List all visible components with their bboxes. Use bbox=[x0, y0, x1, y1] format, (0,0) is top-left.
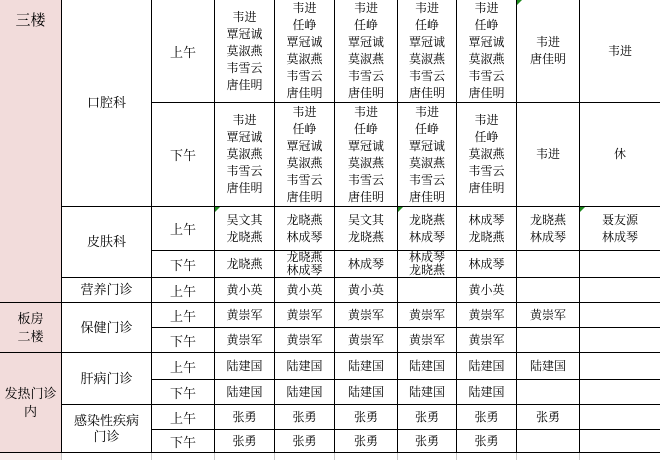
doctor-name: 聂友源 bbox=[602, 212, 638, 229]
department-label: 皮肤科 bbox=[87, 234, 126, 250]
department-cell[interactable]: 保健门诊 bbox=[62, 303, 152, 353]
schedule-cell[interactable]: 黄小英 bbox=[215, 278, 275, 303]
doctor-name: 黄崇军 bbox=[348, 332, 384, 349]
period-label: 下午 bbox=[170, 383, 196, 402]
schedule-cell[interactable]: 黄崇军 bbox=[457, 328, 517, 353]
schedule-cell[interactable]: 吴文其龙晓燕 bbox=[335, 207, 398, 251]
location-label: 内 bbox=[24, 403, 37, 421]
doctor-name: 陆建国 bbox=[468, 384, 504, 401]
period-label: 上午 bbox=[170, 219, 196, 238]
cutoff-row-cell[interactable] bbox=[0, 453, 62, 460]
doctor-name: 韦雪云 bbox=[409, 172, 445, 189]
schedule-cell[interactable]: 韦进任峥覃冠诚莫淑燕韦雪云唐佳明 bbox=[398, 0, 457, 103]
doctor-name: 韦进 bbox=[474, 112, 498, 129]
cutoff-row-cell[interactable] bbox=[517, 453, 580, 460]
schedule-cell[interactable]: 韦进覃冠诚莫淑燕韦雪云唐佳明 bbox=[215, 0, 275, 103]
doctor-name: 韦进 bbox=[354, 0, 378, 17]
doctor-name: 张勇 bbox=[474, 409, 498, 426]
schedule-cell[interactable]: 陆建国 bbox=[215, 353, 275, 380]
schedule-cell[interactable]: 陆建国 bbox=[215, 380, 275, 405]
doctor-name: 莫淑燕 bbox=[226, 146, 262, 163]
doctor-name: 林成琴 bbox=[602, 229, 638, 246]
schedule-cell[interactable]: 张勇 bbox=[215, 405, 275, 430]
schedule-cell[interactable]: 韦进覃冠诚莫淑燕韦雪云唐佳明 bbox=[215, 103, 275, 207]
schedule-cell[interactable]: 张勇 bbox=[215, 430, 275, 453]
schedule-cell[interactable]: 黄崇军 bbox=[398, 328, 457, 353]
spreadsheet-viewport: 三楼板房二楼发热门诊内口腔科皮肤科营养门诊保健门诊肝病门诊感染性疾病门诊上午韦进… bbox=[0, 0, 660, 460]
period-cell[interactable]: 上午 bbox=[152, 303, 215, 328]
department-cell[interactable]: 皮肤科 bbox=[62, 207, 152, 278]
schedule-grid: 三楼板房二楼发热门诊内口腔科皮肤科营养门诊保健门诊肝病门诊感染性疾病门诊上午韦进… bbox=[0, 0, 660, 460]
doctor-name: 唐佳明 bbox=[409, 189, 445, 206]
period-cell[interactable]: 上午 bbox=[152, 405, 215, 430]
schedule-cell[interactable]: 韦进 bbox=[517, 103, 580, 207]
schedule-cell[interactable]: 黄崇军 bbox=[275, 303, 335, 328]
doctor-name: 龙晓燕 bbox=[226, 229, 262, 246]
period-label: 下午 bbox=[170, 331, 196, 350]
schedule-cell[interactable]: 黄小英 bbox=[457, 278, 517, 303]
doctor-name: 黄小英 bbox=[226, 282, 262, 299]
doctor-name: 张勇 bbox=[536, 409, 560, 426]
doctor-name: 韦雪云 bbox=[348, 172, 384, 189]
period-label: 上午 bbox=[170, 281, 196, 300]
doctor-name: 龙晓燕 bbox=[530, 212, 566, 229]
period-cell[interactable]: 下午 bbox=[152, 103, 215, 207]
schedule-cell[interactable]: 张勇 bbox=[457, 430, 517, 453]
rest-label: 休 bbox=[614, 146, 626, 163]
cell-flag-icon bbox=[517, 0, 522, 5]
doctor-name: 张勇 bbox=[354, 433, 378, 450]
schedule-cell[interactable] bbox=[517, 380, 580, 405]
doctor-name: 张勇 bbox=[354, 409, 378, 426]
doctor-name: 林成琴 bbox=[530, 229, 566, 246]
doctor-name: 龙晓燕 bbox=[348, 229, 384, 246]
doctor-name: 黄崇军 bbox=[468, 307, 504, 324]
schedule-cell[interactable]: 黄崇军 bbox=[275, 328, 335, 353]
doctor-name: 韦雪云 bbox=[286, 172, 322, 189]
doctor-name: 林成琴 bbox=[468, 256, 504, 273]
schedule-cell[interactable]: 张勇 bbox=[275, 430, 335, 453]
doctor-name: 黄崇军 bbox=[226, 332, 262, 349]
schedule-cell[interactable]: 黄小英 bbox=[335, 278, 398, 303]
schedule-cell[interactable]: 陆建国 bbox=[457, 380, 517, 405]
cutoff-row-cell[interactable] bbox=[457, 453, 517, 460]
doctor-name: 黄崇军 bbox=[226, 307, 262, 324]
doctor-name: 吴文其 bbox=[226, 212, 262, 229]
schedule-cell[interactable]: 龙晓燕林成琴 bbox=[517, 207, 580, 251]
department-label: 感染性疾病门诊 bbox=[68, 413, 145, 445]
cutoff-row-cell[interactable] bbox=[398, 453, 457, 460]
doctor-name: 陆建国 bbox=[226, 358, 262, 375]
doctor-name: 覃冠诚 bbox=[226, 129, 262, 146]
doctor-name: 唐佳明 bbox=[286, 85, 322, 102]
schedule-cell[interactable]: 黄崇军 bbox=[457, 303, 517, 328]
department-cell[interactable]: 肝病门诊 bbox=[62, 353, 152, 405]
schedule-cell[interactable]: 陆建国 bbox=[457, 353, 517, 380]
schedule-cell[interactable]: 黄崇军 bbox=[335, 328, 398, 353]
doctor-name: 林成琴 bbox=[286, 264, 322, 277]
doctor-name: 覃冠诚 bbox=[226, 26, 262, 43]
doctor-name: 覃冠诚 bbox=[348, 138, 384, 155]
doctor-name: 唐佳明 bbox=[468, 85, 504, 102]
doctor-name: 唐佳明 bbox=[409, 85, 445, 102]
location-cell[interactable]: 板房二楼 bbox=[0, 303, 62, 353]
department-cell[interactable]: 营养门诊 bbox=[62, 278, 152, 303]
doctor-name: 陆建国 bbox=[348, 358, 384, 375]
location-cell[interactable]: 发热门诊内 bbox=[0, 353, 62, 453]
doctor-name: 黄崇军 bbox=[409, 307, 445, 324]
schedule-cell[interactable]: 黄崇军 bbox=[517, 303, 580, 328]
doctor-name: 韦进 bbox=[232, 112, 256, 129]
doctor-name: 张勇 bbox=[292, 409, 316, 426]
cell-flag-icon bbox=[215, 207, 220, 212]
schedule-cell[interactable]: 陆建国 bbox=[275, 380, 335, 405]
schedule-cell[interactable]: 韦进 bbox=[580, 0, 660, 103]
doctor-name: 韦进 bbox=[536, 34, 560, 51]
schedule-cell[interactable]: 聂友源林成琴 bbox=[580, 207, 660, 251]
schedule-cell[interactable]: 张勇 bbox=[275, 405, 335, 430]
doctor-name: 任峥 bbox=[292, 121, 316, 138]
period-cell[interactable]: 上午 bbox=[152, 207, 215, 251]
doctor-name: 韦进 bbox=[292, 104, 316, 121]
doctor-name: 黄崇军 bbox=[348, 307, 384, 324]
cutoff-row-cell[interactable] bbox=[580, 453, 660, 460]
doctor-name: 陆建国 bbox=[348, 384, 384, 401]
schedule-cell[interactable] bbox=[580, 430, 660, 453]
schedule-cell[interactable]: 龙晓燕 bbox=[215, 251, 275, 278]
location-label: 板房 bbox=[17, 310, 43, 328]
schedule-cell[interactable]: 陆建国 bbox=[398, 353, 457, 380]
schedule-cell[interactable]: 韦进任峥覃冠诚莫淑燕韦雪云唐佳明 bbox=[398, 103, 457, 207]
doctor-name: 张勇 bbox=[292, 433, 316, 450]
doctor-name: 黄小英 bbox=[348, 282, 384, 299]
department-label: 营养门诊 bbox=[80, 282, 132, 298]
doctor-name: 莫淑燕 bbox=[468, 51, 504, 68]
doctor-name: 莫淑燕 bbox=[409, 51, 445, 68]
location-label: 发热门诊 bbox=[4, 385, 56, 403]
period-cell[interactable]: 下午 bbox=[152, 430, 215, 453]
schedule-cell[interactable]: 韦进任峥莫淑燕韦雪云唐佳明 bbox=[457, 103, 517, 207]
cutoff-row-cell[interactable] bbox=[215, 453, 275, 460]
location-label: 三楼 bbox=[15, 11, 45, 31]
schedule-cell[interactable] bbox=[517, 328, 580, 353]
schedule-cell[interactable]: 龙晓燕林成琴 bbox=[275, 207, 335, 251]
doctor-name: 唐佳明 bbox=[226, 77, 262, 94]
doctor-name: 覃冠诚 bbox=[468, 34, 504, 51]
schedule-cell[interactable]: 韦进任峥覃冠诚莫淑燕韦雪云唐佳明 bbox=[275, 103, 335, 207]
doctor-name: 黄崇军 bbox=[286, 332, 322, 349]
doctor-name: 韦雪云 bbox=[286, 68, 322, 85]
period-cell[interactable]: 上午 bbox=[152, 0, 215, 103]
period-cell[interactable]: 下午 bbox=[152, 251, 215, 278]
schedule-cell[interactable]: 韦进任峥覃冠诚莫淑燕韦雪云唐佳明 bbox=[335, 0, 398, 103]
period-label: 上午 bbox=[170, 42, 196, 61]
schedule-cell[interactable]: 韦进唐佳明 bbox=[517, 0, 580, 103]
doctor-name: 龙晓燕 bbox=[468, 229, 504, 246]
department-label: 肝病门诊 bbox=[80, 371, 132, 387]
doctor-name: 张勇 bbox=[415, 433, 439, 450]
schedule-cell[interactable] bbox=[580, 303, 660, 328]
doctor-name: 黄崇军 bbox=[286, 307, 322, 324]
schedule-cell[interactable]: 龙晓燕林成琴 bbox=[275, 251, 335, 278]
doctor-name: 张勇 bbox=[474, 433, 498, 450]
doctor-name: 韦雪云 bbox=[226, 60, 262, 77]
schedule-cell[interactable]: 吴文其龙晓燕 bbox=[215, 207, 275, 251]
doctor-name: 韦进 bbox=[232, 9, 256, 26]
department-cell[interactable]: 感染性疾病门诊 bbox=[62, 405, 152, 453]
schedule-cell[interactable] bbox=[517, 278, 580, 303]
schedule-cell[interactable]: 龙晓燕林成琴 bbox=[398, 207, 457, 251]
doctor-name: 唐佳明 bbox=[468, 180, 504, 197]
doctor-name: 莫淑燕 bbox=[286, 51, 322, 68]
schedule-cell[interactable]: 张勇 bbox=[398, 430, 457, 453]
schedule-cell[interactable]: 林成琴龙晓燕 bbox=[398, 251, 457, 278]
doctor-name: 韦进 bbox=[354, 104, 378, 121]
period-cell[interactable]: 上午 bbox=[152, 353, 215, 380]
schedule-cell[interactable]: 黄崇军 bbox=[215, 303, 275, 328]
doctor-name: 莫淑燕 bbox=[468, 146, 504, 163]
doctor-name: 林成琴 bbox=[468, 212, 504, 229]
doctor-name: 韦雪云 bbox=[226, 163, 262, 180]
schedule-cell[interactable] bbox=[580, 353, 660, 380]
doctor-name: 韦雪云 bbox=[348, 68, 384, 85]
doctor-name: 韦进 bbox=[608, 43, 632, 60]
doctor-name: 唐佳明 bbox=[348, 85, 384, 102]
doctor-name: 任峥 bbox=[415, 121, 439, 138]
schedule-cell[interactable]: 黄崇军 bbox=[215, 328, 275, 353]
doctor-name: 任峥 bbox=[354, 121, 378, 138]
schedule-cell[interactable]: 韦进任峥覃冠诚莫淑燕韦雪云唐佳明 bbox=[275, 0, 335, 103]
doctor-name: 莫淑燕 bbox=[409, 155, 445, 172]
department-label: 保健门诊 bbox=[80, 320, 132, 336]
schedule-cell[interactable]: 张勇 bbox=[517, 405, 580, 430]
doctor-name: 韦进 bbox=[415, 0, 439, 17]
doctor-name: 陆建国 bbox=[226, 384, 262, 401]
doctor-name: 黄崇军 bbox=[530, 307, 566, 324]
schedule-cell[interactable] bbox=[580, 380, 660, 405]
schedule-cell[interactable]: 林成琴 bbox=[457, 251, 517, 278]
doctor-name: 韦雪云 bbox=[468, 163, 504, 180]
schedule-cell[interactable] bbox=[580, 405, 660, 430]
doctor-name: 任峥 bbox=[354, 17, 378, 34]
schedule-cell[interactable] bbox=[580, 328, 660, 353]
schedule-cell[interactable]: 陆建国 bbox=[335, 380, 398, 405]
doctor-name: 韦进 bbox=[292, 0, 316, 17]
doctor-name: 覃冠诚 bbox=[348, 34, 384, 51]
period-label: 上午 bbox=[170, 306, 196, 325]
doctor-name: 张勇 bbox=[232, 433, 256, 450]
schedule-cell[interactable]: 韦进任峥覃冠诚莫淑燕韦雪云唐佳明 bbox=[335, 103, 398, 207]
doctor-name: 莫淑燕 bbox=[348, 155, 384, 172]
doctor-name: 唐佳明 bbox=[286, 189, 322, 206]
schedule-cell[interactable]: 张勇 bbox=[335, 430, 398, 453]
doctor-name: 韦进 bbox=[474, 0, 498, 17]
doctor-name: 吴文其 bbox=[348, 212, 384, 229]
department-label: 口腔科 bbox=[87, 95, 126, 111]
department-cell[interactable]: 口腔科 bbox=[62, 0, 152, 207]
period-label: 下午 bbox=[170, 145, 196, 164]
schedule-cell[interactable]: 陆建国 bbox=[275, 353, 335, 380]
doctor-name: 覃冠诚 bbox=[409, 34, 445, 51]
doctor-name: 任峥 bbox=[415, 17, 439, 34]
period-cell[interactable]: 上午 bbox=[152, 278, 215, 303]
doctor-name: 陆建国 bbox=[409, 384, 445, 401]
doctor-name: 韦雪云 bbox=[468, 68, 504, 85]
doctor-name: 覃冠诚 bbox=[286, 34, 322, 51]
schedule-cell[interactable]: 休 bbox=[580, 103, 660, 207]
doctor-name: 任峥 bbox=[474, 17, 498, 34]
schedule-cell[interactable] bbox=[580, 251, 660, 278]
schedule-cell[interactable]: 陆建国 bbox=[335, 353, 398, 380]
location-label: 二楼 bbox=[17, 328, 43, 346]
doctor-name: 龙晓燕 bbox=[409, 212, 445, 229]
doctor-name: 陆建国 bbox=[286, 384, 322, 401]
doctor-name: 陆建国 bbox=[409, 358, 445, 375]
period-label: 下午 bbox=[170, 255, 196, 274]
doctor-name: 林成琴 bbox=[348, 256, 384, 273]
cell-flag-icon bbox=[398, 207, 403, 212]
doctor-name: 龙晓燕 bbox=[286, 212, 322, 229]
doctor-name: 黄崇军 bbox=[409, 332, 445, 349]
doctor-name: 任峥 bbox=[474, 129, 498, 146]
period-cell[interactable]: 下午 bbox=[152, 328, 215, 353]
doctor-name: 林成琴 bbox=[286, 229, 322, 246]
doctor-name: 唐佳明 bbox=[530, 51, 566, 68]
doctor-name: 张勇 bbox=[415, 409, 439, 426]
schedule-cell[interactable]: 张勇 bbox=[335, 405, 398, 430]
doctor-name: 莫淑燕 bbox=[286, 155, 322, 172]
doctor-name: 张勇 bbox=[232, 409, 256, 426]
schedule-cell[interactable]: 张勇 bbox=[457, 405, 517, 430]
period-label: 上午 bbox=[170, 408, 196, 427]
schedule-cell[interactable]: 黄小英 bbox=[275, 278, 335, 303]
doctor-name: 韦进 bbox=[415, 104, 439, 121]
schedule-cell[interactable]: 陆建国 bbox=[398, 380, 457, 405]
doctor-name: 韦进 bbox=[536, 146, 560, 163]
doctor-name: 覃冠诚 bbox=[409, 138, 445, 155]
cell-flag-icon bbox=[580, 207, 585, 212]
schedule-cell[interactable] bbox=[517, 251, 580, 278]
doctor-name: 黄崇军 bbox=[468, 332, 504, 349]
doctor-name: 任峥 bbox=[292, 17, 316, 34]
doctor-name: 韦雪云 bbox=[409, 68, 445, 85]
doctor-name: 黄小英 bbox=[468, 282, 504, 299]
schedule-cell[interactable]: 陆建国 bbox=[517, 353, 580, 380]
period-cell[interactable]: 下午 bbox=[152, 380, 215, 405]
period-label: 上午 bbox=[170, 357, 196, 376]
doctor-name: 黄小英 bbox=[286, 282, 322, 299]
schedule-cell[interactable] bbox=[580, 278, 660, 303]
doctor-name: 林成琴 bbox=[409, 229, 445, 246]
location-cell[interactable]: 三楼 bbox=[0, 0, 62, 303]
schedule-cell[interactable]: 黄崇军 bbox=[335, 303, 398, 328]
schedule-cell[interactable] bbox=[517, 430, 580, 453]
cutoff-row-cell[interactable] bbox=[335, 453, 398, 460]
schedule-cell[interactable]: 黄崇军 bbox=[398, 303, 457, 328]
period-label: 下午 bbox=[170, 432, 196, 451]
schedule-cell[interactable]: 林成琴 bbox=[335, 251, 398, 278]
doctor-name: 莫淑燕 bbox=[226, 43, 262, 60]
doctor-name: 陆建国 bbox=[530, 358, 566, 375]
schedule-cell[interactable]: 张勇 bbox=[398, 405, 457, 430]
doctor-name: 莫淑燕 bbox=[348, 51, 384, 68]
schedule-cell[interactable] bbox=[398, 278, 457, 303]
schedule-cell[interactable]: 林成琴龙晓燕 bbox=[457, 207, 517, 251]
doctor-name: 龙晓燕 bbox=[409, 264, 445, 277]
doctor-name: 覃冠诚 bbox=[286, 138, 322, 155]
doctor-name: 唐佳明 bbox=[226, 180, 262, 197]
cutoff-row-cell[interactable] bbox=[62, 453, 152, 460]
cutoff-row-cell[interactable] bbox=[152, 453, 215, 460]
doctor-name: 陆建国 bbox=[468, 358, 504, 375]
cutoff-row-cell[interactable] bbox=[275, 453, 335, 460]
doctor-name: 唐佳明 bbox=[348, 189, 384, 206]
schedule-cell[interactable]: 韦进任峥覃冠诚莫淑燕韦雪云唐佳明 bbox=[457, 0, 517, 103]
doctor-name: 陆建国 bbox=[286, 358, 322, 375]
doctor-name: 龙晓燕 bbox=[226, 256, 262, 273]
